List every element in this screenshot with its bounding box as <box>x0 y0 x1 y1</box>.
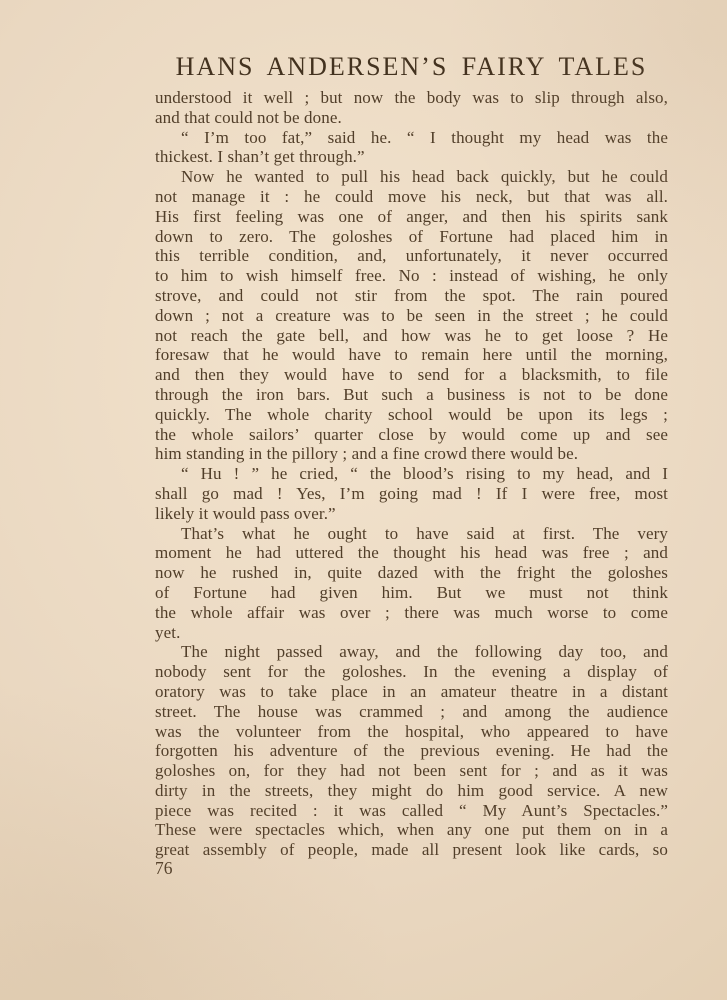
text-line: That’s what he ought to have said at fir… <box>155 524 668 544</box>
text-line: moment he had uttered the thought his he… <box>155 543 668 563</box>
text-line: The night passed away, and the following… <box>155 642 668 662</box>
text-line: Now he wanted to pull his head back quic… <box>155 167 668 187</box>
text-line: quickly. The whole charity school would … <box>155 405 668 425</box>
paragraph-5: That’s what he ought to have said at fir… <box>155 524 668 643</box>
text-line: the whole affair was over ; there was mu… <box>155 603 668 623</box>
text-line: of Fortune had given him. But we must no… <box>155 583 668 603</box>
text-line: nobody sent for the goloshes. In the eve… <box>155 662 668 682</box>
text-line: shall go mad ! Yes, I’m going mad ! If I… <box>155 484 668 504</box>
text-line: likely it would pass over.” <box>155 504 668 524</box>
text-line: street. The house was crammed ; and amon… <box>155 702 668 722</box>
text-line: down to zero. The goloshes of Fortune ha… <box>155 227 668 247</box>
text-line: yet. <box>155 623 668 643</box>
paragraph-4: “ Hu ! ” he cried, “ the blood’s rising … <box>155 464 668 523</box>
text-line: piece was recited : it was called “ My A… <box>155 801 668 821</box>
text-line: understood it well ; but now the body wa… <box>155 88 668 108</box>
text-line: was the volunteer from the hospital, who… <box>155 722 668 742</box>
text-line: These were spectacles which, when any on… <box>155 820 668 840</box>
text-line: “ Hu ! ” he cried, “ the blood’s rising … <box>155 464 668 484</box>
text-line: through the iron bars. But such a busine… <box>155 385 668 405</box>
text-line: not manage it : he could move his neck, … <box>155 187 668 207</box>
text-line: “ I’m too fat,” said he. “ I thought my … <box>155 128 668 148</box>
paragraph-1: understood it well ; but now the body wa… <box>155 88 668 128</box>
text-line: and that could not be done. <box>155 108 668 128</box>
text-line: him standing in the pillory ; and a fine… <box>155 444 668 464</box>
text-line: strove, and could not stir from the spot… <box>155 286 668 306</box>
text-line: now he rushed in, quite dazed with the f… <box>155 563 668 583</box>
text-line: this terrible condition, and, unfortunat… <box>155 246 668 266</box>
text-block: understood it well ; but now the body wa… <box>155 88 668 860</box>
text-line: not reach the gate bell, and how was he … <box>155 326 668 346</box>
text-line: to him to wish himself free. No : instea… <box>155 266 668 286</box>
text-line: goloshes on, for they had not been sent … <box>155 761 668 781</box>
paragraph-6: The night passed away, and the following… <box>155 642 668 860</box>
text-line: oratory was to take place in an amateur … <box>155 682 668 702</box>
text-line: forgotten his adventure of the previous … <box>155 741 668 761</box>
text-line: foresaw that he would have to remain her… <box>155 345 668 365</box>
running-head-title: HANS ANDERSEN’S FAIRY TALES <box>155 53 668 81</box>
page-number: 76 <box>155 858 173 879</box>
text-line: and then they would have to send for a b… <box>155 365 668 385</box>
text-line: great assembly of people, made all prese… <box>155 840 668 860</box>
text-line: down ; not a creature was to be seen in … <box>155 306 668 326</box>
text-line: dirty in the streets, they might do him … <box>155 781 668 801</box>
paragraph-2: “ I’m too fat,” said he. “ I thought my … <box>155 128 668 168</box>
text-line: His first feeling was one of anger, and … <box>155 207 668 227</box>
paragraph-3: Now he wanted to pull his head back quic… <box>155 167 668 464</box>
book-page: HANS ANDERSEN’S FAIRY TALES understood i… <box>0 0 727 1000</box>
text-line: the whole sailors’ quarter close by woul… <box>155 425 668 445</box>
text-line: thickest. I shan’t get through.” <box>155 147 668 167</box>
